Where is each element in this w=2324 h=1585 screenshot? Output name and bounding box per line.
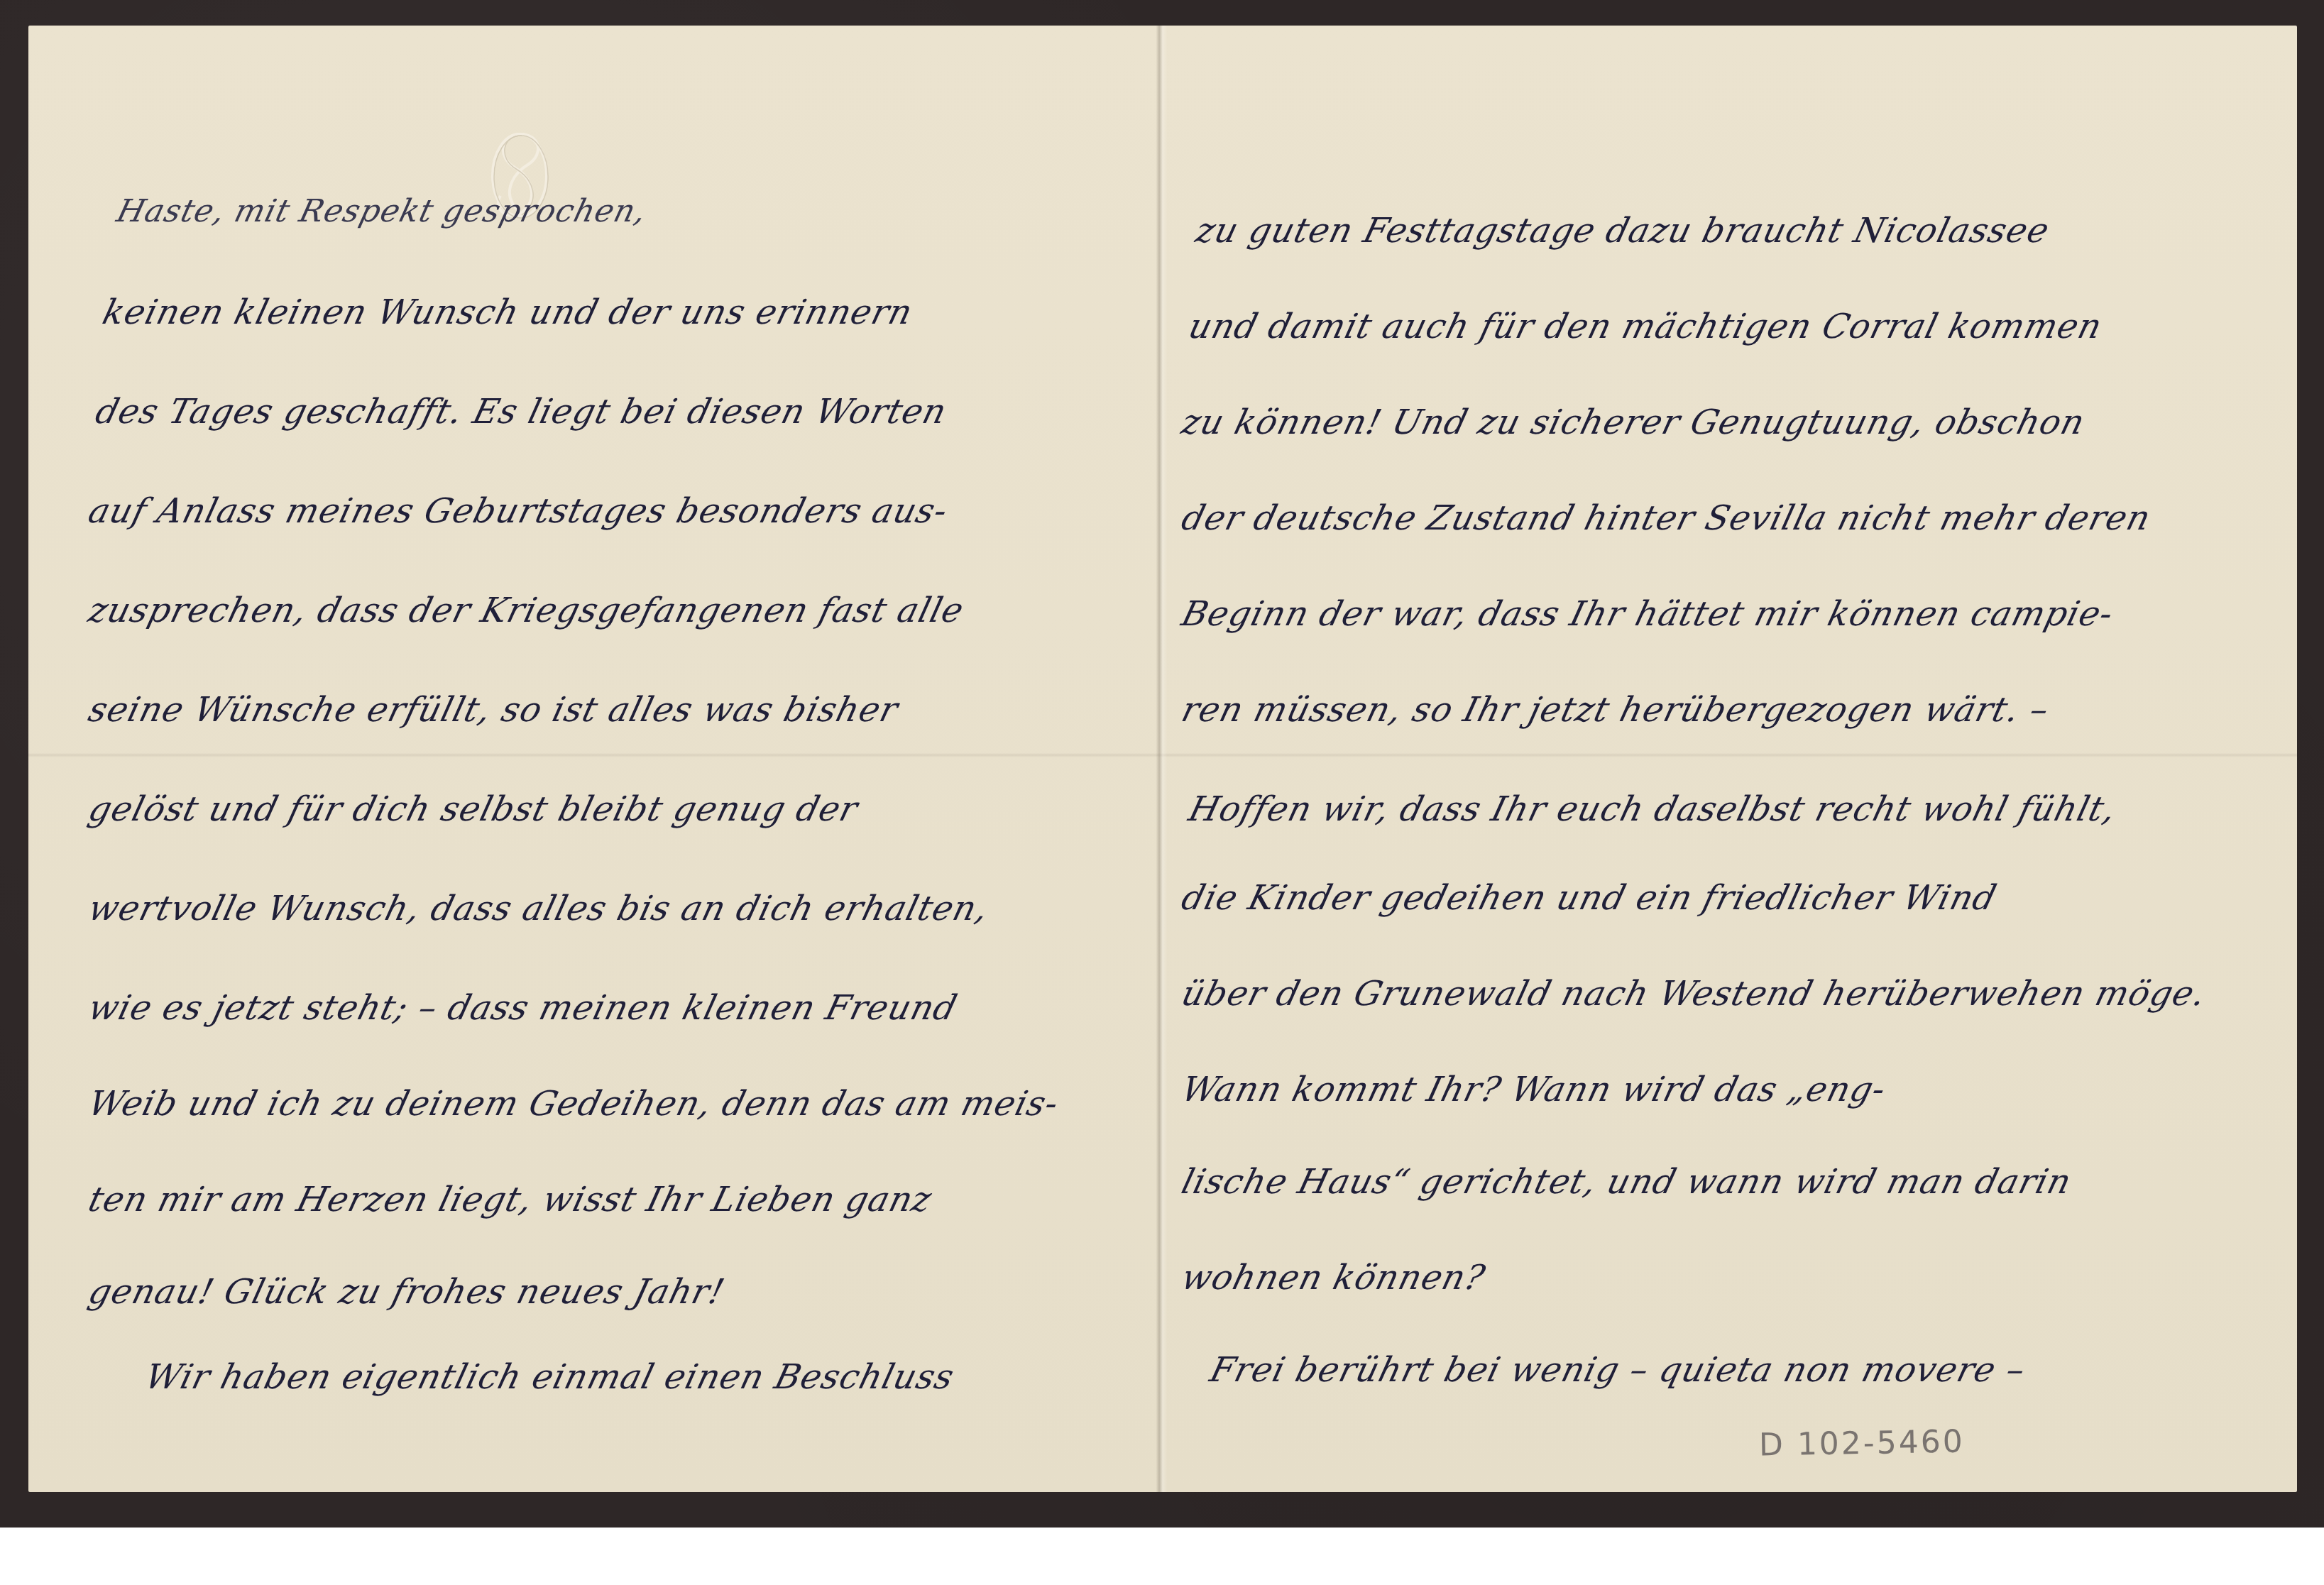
left-line-12: genau! Glück zu frohes neues Jahr! — [85, 1275, 728, 1309]
left-line-10: Weib und ich zu deinem Gedeihen, denn da… — [85, 1087, 1062, 1121]
left-line-11: ten mir am Herzen liegt, wisst Ihr Liebe… — [85, 1183, 936, 1217]
right-line-1: zu guten Festtagstage dazu braucht Nicol… — [1193, 214, 2053, 248]
archive-reference-number: D 102-5460 — [1759, 1423, 1966, 1463]
left-line-2: keinen kleinen Wunsch und der uns erinne… — [99, 295, 916, 329]
right-line-9: über den Grunewald nach Westend herüberw… — [1178, 977, 2210, 1011]
left-line-5: zusprechen, dass der Kriegsgefangenen fa… — [85, 593, 968, 627]
right-line-4: der deutsche Zustand hinter Sevilla nich… — [1178, 501, 2154, 535]
letter-sheet: Haste, mit Respekt gesprochen, keinen kl… — [28, 26, 2297, 1492]
right-line-10: Wann kommt Ihr? Wann wird das „eng- — [1178, 1073, 1890, 1107]
left-line-1: Haste, mit Respekt gesprochen, — [114, 196, 649, 227]
right-line-11: lische Haus“ gerichtet, und wann wird ma… — [1178, 1165, 2075, 1199]
right-line-8: die Kinder gedeihen und ein friedlicher … — [1178, 881, 2000, 915]
left-line-13: Wir haben eigentlich einmal einen Beschl… — [142, 1360, 958, 1394]
left-line-9: wie es jetzt steht; – dass meinen kleine… — [85, 991, 961, 1025]
left-line-7: gelöst und für dich selbst bleibt genug … — [85, 792, 862, 826]
right-line-12: wohnen können? — [1178, 1261, 1489, 1295]
right-line-3: zu können! Und zu sicherer Genugtuung, o… — [1178, 405, 2088, 439]
left-line-8: wertvolle Wunsch, dass alles bis an dich… — [85, 892, 992, 926]
right-line-6: ren müssen, so Ihr jetzt herübergezogen … — [1178, 693, 2053, 727]
right-line-2: und damit auch für den mächtigen Corral … — [1185, 309, 2105, 344]
left-page: Haste, mit Respekt gesprochen, keinen kl… — [28, 26, 1161, 1492]
right-page: zu guten Festtagstage dazu braucht Nicol… — [1164, 26, 2297, 1492]
left-line-6: seine Wünsche erfüllt, so ist alles was … — [85, 693, 901, 727]
left-line-4: auf Anlass meines Geburtstages besonders… — [85, 494, 951, 528]
right-line-7: Hoffen wir, dass Ihr euch daselbst recht… — [1185, 792, 2120, 826]
right-line-13: Frei berührt bei wenig – quieta non move… — [1207, 1353, 2029, 1387]
right-line-5: Beginn der war, dass Ihr hättet mir könn… — [1178, 597, 2117, 631]
left-line-3: des Tages geschafft. Es liegt bei diesen… — [92, 395, 950, 429]
